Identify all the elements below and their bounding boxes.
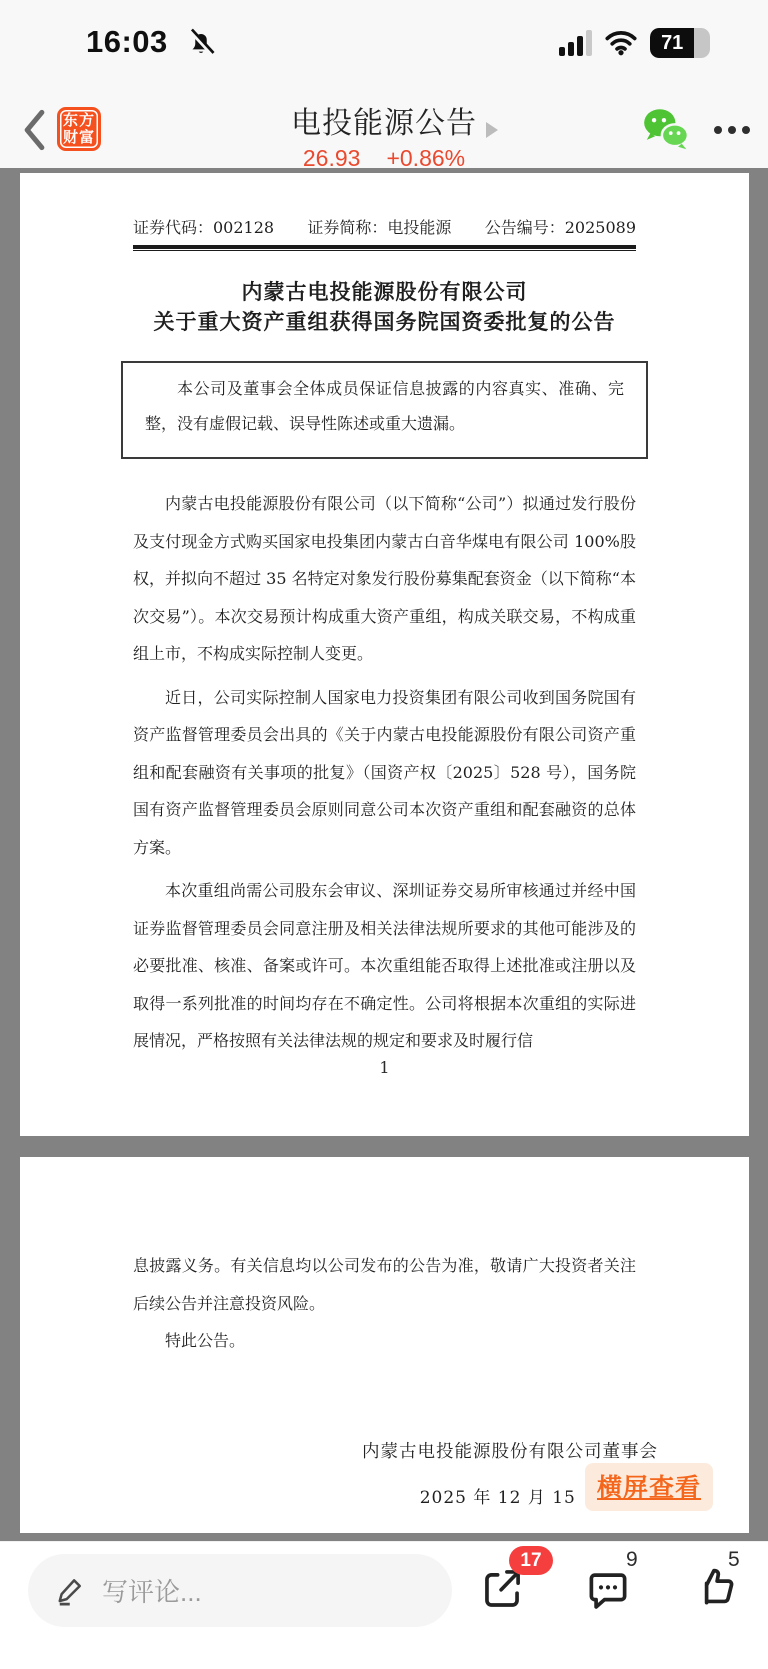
like-count: 5 xyxy=(728,1548,740,1572)
title-block[interactable]: 电投能源公告 26.93 +0.86% xyxy=(184,98,584,172)
eastmoney-logo[interactable]: 东方 财富 xyxy=(57,107,101,151)
screen: 16:03 71 东方 财富 xyxy=(0,0,768,1669)
comment-input[interactable]: 写评论... xyxy=(28,1554,452,1627)
more-options-button[interactable] xyxy=(714,118,750,142)
caret-right-icon xyxy=(486,122,498,138)
announcement-number: 公告编号：2025089 xyxy=(485,215,636,238)
battery-icon: 71 xyxy=(650,28,710,58)
status-indicators: 71 xyxy=(559,28,710,58)
security-name: 证券简称：电投能源 xyxy=(307,215,451,238)
status-bar: 16:03 71 xyxy=(0,0,768,92)
comments-button[interactable] xyxy=(587,1569,629,1611)
battery-percent: 71 xyxy=(661,32,683,55)
wifi-icon xyxy=(604,30,638,56)
logo-text-line2: 财富 xyxy=(63,129,95,146)
document-title-line2: 关于重大资产重组获得国务院国资委批复的公告 xyxy=(133,307,636,337)
landscape-view-button[interactable]: 横屏查看 xyxy=(585,1463,713,1511)
comment-placeholder: 写评论... xyxy=(102,1572,202,1609)
document-title: 内蒙古电投能源股份有限公司 关于重大资产重组获得国务院国资委批复的公告 xyxy=(133,277,636,337)
signature-company: 内蒙古电投能源股份有限公司董事会 xyxy=(362,1438,658,1463)
wechat-share-icon[interactable] xyxy=(640,106,690,152)
mute-bell-icon xyxy=(185,26,217,58)
paragraph-1: 内蒙古电投能源股份有限公司（以下简称“公司”）拟通过发行股份及支付现金方式购买国… xyxy=(133,485,636,673)
document-page-2: 息披露义务。有关信息均以公司发布的公告为准，敬请广大投资者关注后续公告并注意投资… xyxy=(20,1157,749,1533)
nav-bar: 东方 财富 电投能源公告 26.93 +0.86% xyxy=(0,92,768,168)
document-title-line1: 内蒙古电投能源股份有限公司 xyxy=(133,277,636,307)
comments-count: 9 xyxy=(626,1548,638,1572)
logo-text-line1: 东方 xyxy=(63,112,95,129)
security-code: 证券代码：002128 xyxy=(133,215,274,238)
signature-block: 内蒙古电投能源股份有限公司董事会 2025 年 12 月 15 日 xyxy=(133,1438,658,1508)
cell-signal-icon xyxy=(559,30,592,56)
back-chevron-icon[interactable] xyxy=(18,108,54,152)
paragraph-3: 本次重组尚需公司股东会审议、深圳证券交易所审核通过并经中国证券监督管理委员会同意… xyxy=(133,872,636,1060)
paragraph-2: 近日，公司实际控制人国家电力投资集团有限公司收到国务院国有资产监督管理委员会出具… xyxy=(133,679,636,867)
pdf-viewer[interactable]: 证券代码：002128 证券简称：电投能源 公告编号：2025089 内蒙古电投… xyxy=(0,168,768,1541)
page-title: 电投能源公告 xyxy=(184,98,584,142)
closing-line: 特此公告。 xyxy=(133,1322,636,1360)
page-number: 1 xyxy=(20,1058,749,1077)
document-page-1: 证券代码：002128 证券简称：电投能源 公告编号：2025089 内蒙古电投… xyxy=(20,173,749,1136)
clock: 16:03 xyxy=(86,24,168,60)
double-rule xyxy=(133,245,636,251)
document-meta-row: 证券代码：002128 证券简称：电投能源 公告编号：2025089 xyxy=(133,215,636,238)
pencil-icon xyxy=(56,1576,86,1606)
disclaimer-box: 本公司及董事会全体成员保证信息披露的内容真实、准确、完整，没有虚假记载、误导性陈… xyxy=(121,361,648,459)
paragraph-continuation: 息披露义务。有关信息均以公司发布的公告为准，敬请广大投资者关注后续公告并注意投资… xyxy=(133,1247,636,1322)
bottom-toolbar: 写评论... 17 9 5 xyxy=(0,1541,768,1669)
share-count-badge: 17 xyxy=(509,1546,553,1575)
